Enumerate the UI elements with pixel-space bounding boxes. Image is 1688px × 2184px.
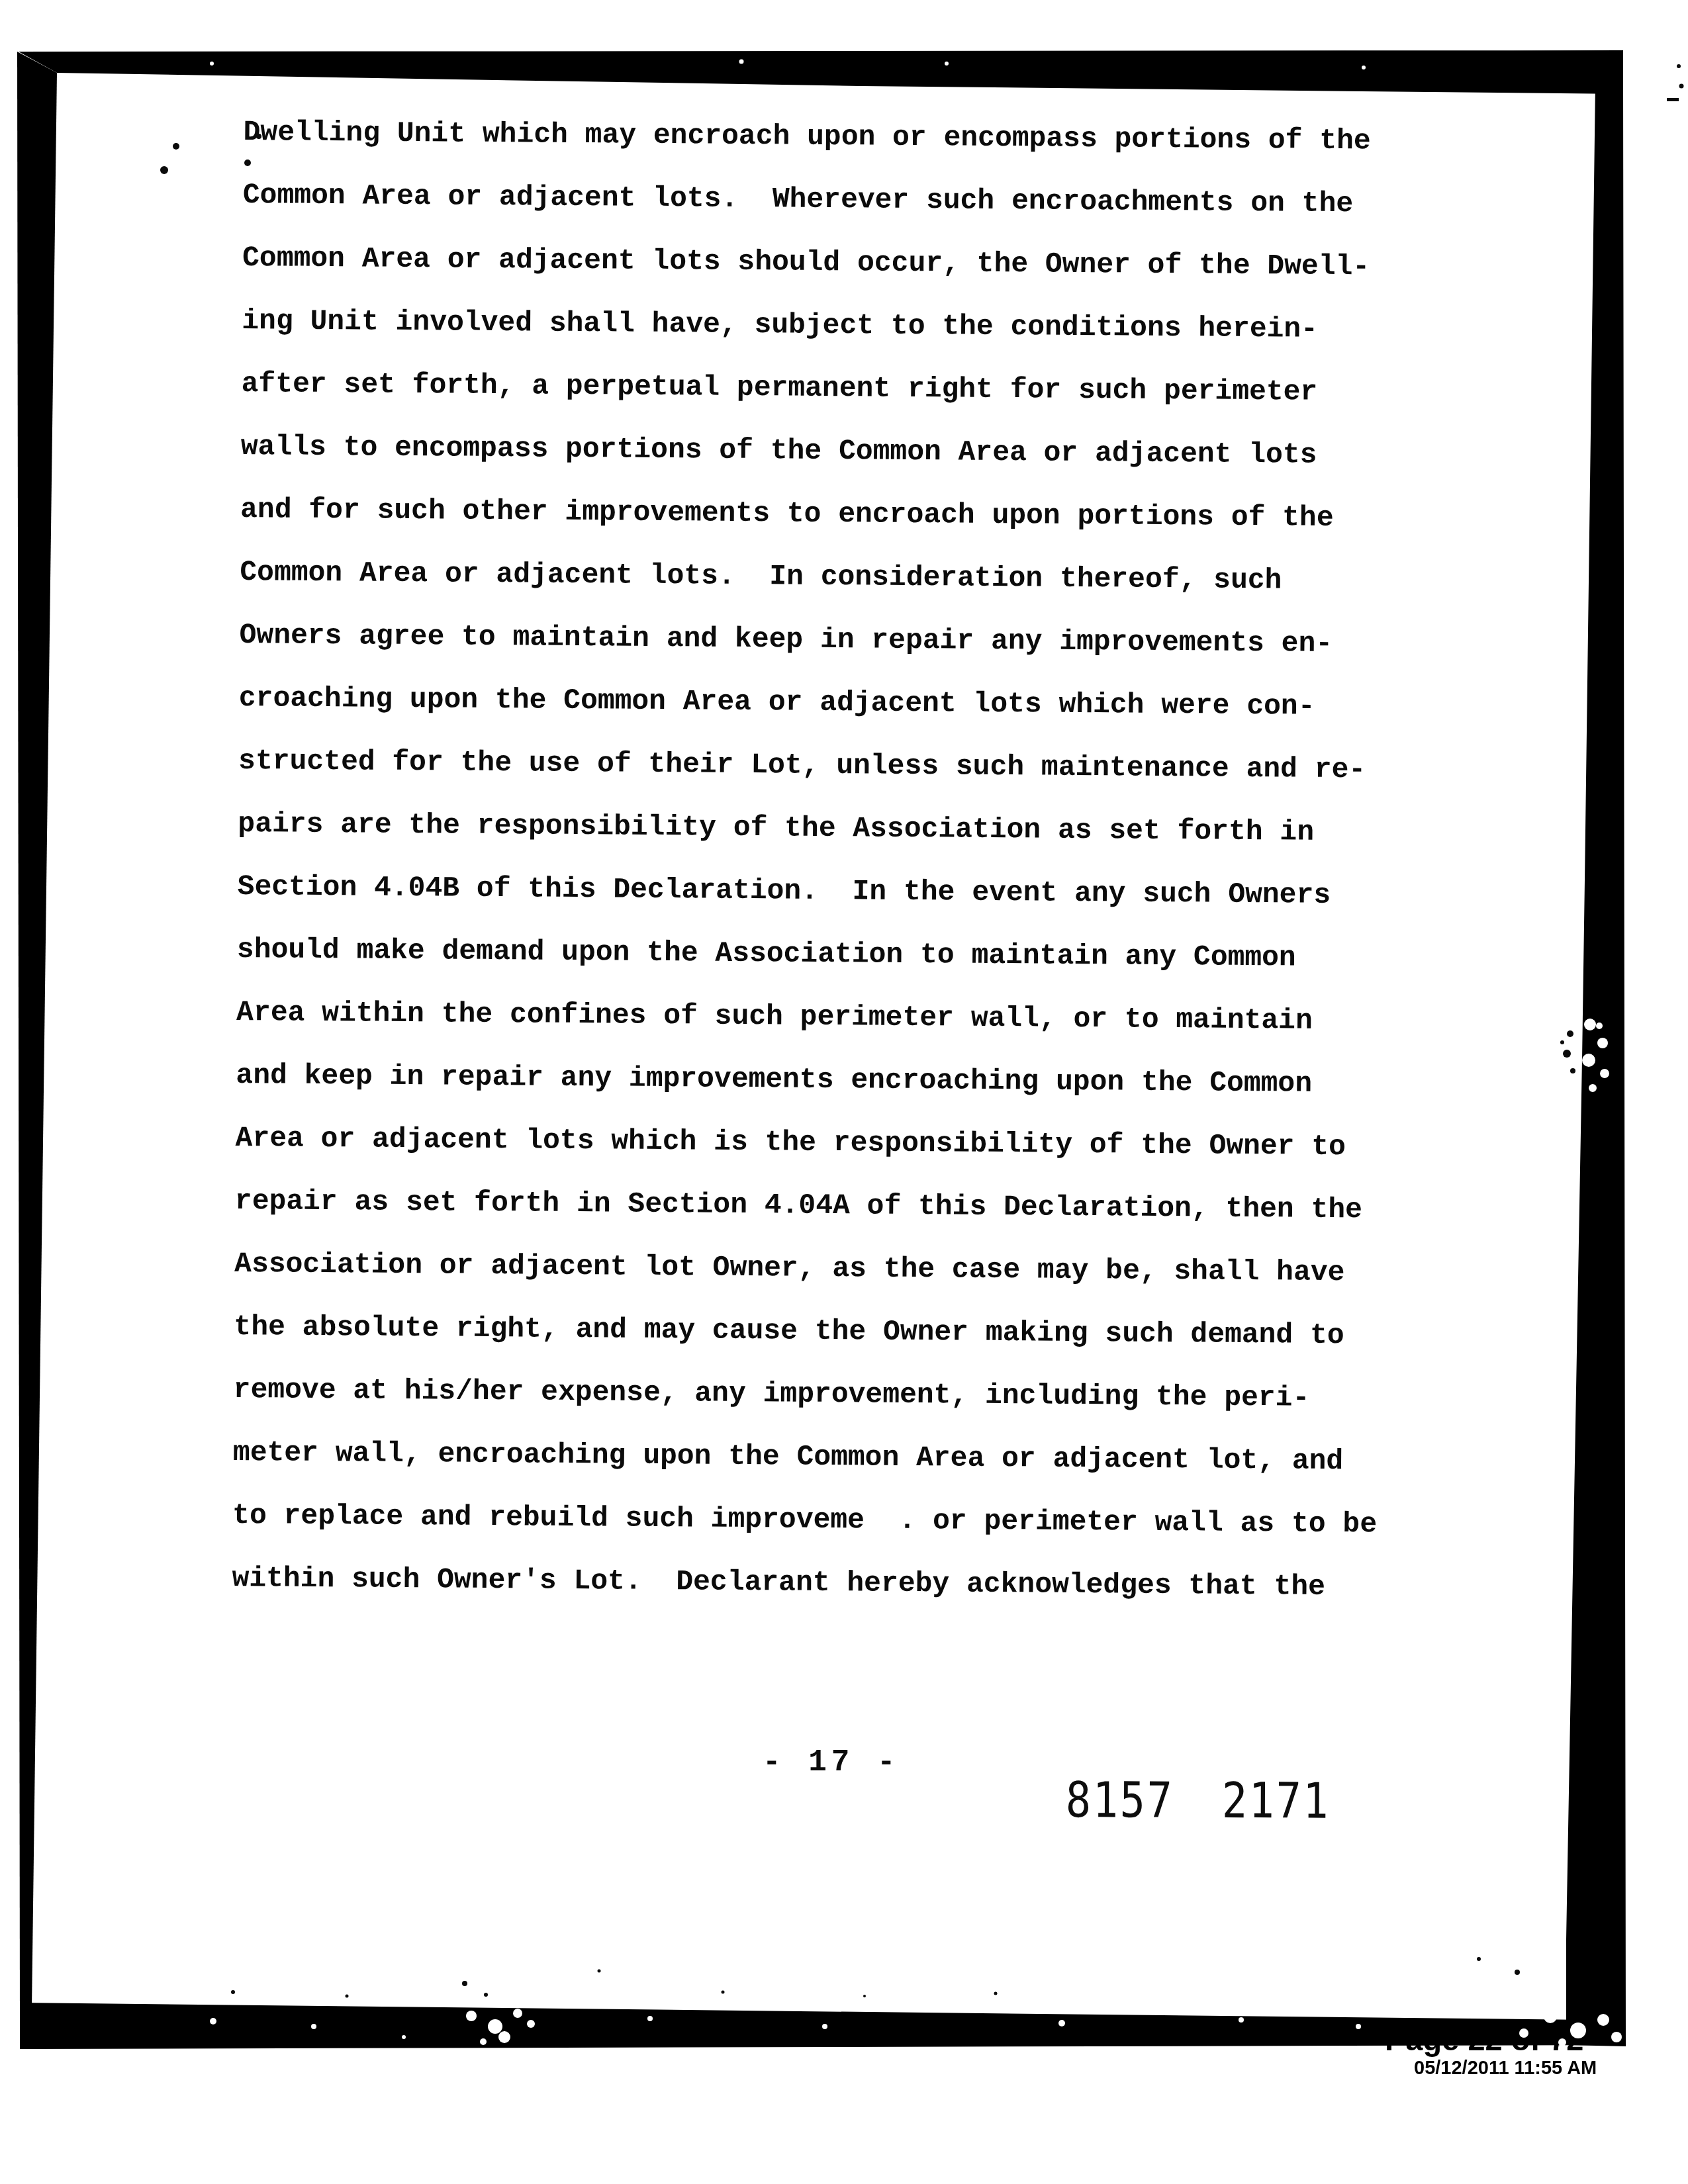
stamp-book-number: 8157 [1066, 1774, 1174, 1828]
text-line: Area or adjacent lots which is the respo… [235, 1107, 1380, 1179]
text-line: and for such other improvements to encro… [240, 478, 1385, 550]
page-number: - 17 - [763, 1745, 900, 1781]
top-bar-nicks [210, 60, 1366, 70]
text-line: within such Owner's Lot. Declarant hereb… [232, 1547, 1377, 1619]
text-line: meter wall, encroaching upon the Common … [233, 1421, 1378, 1493]
text-line: and keep in repair any improvements encr… [236, 1044, 1381, 1116]
text-line: Dwelling Unit which may encroach upon or… [243, 101, 1388, 173]
document-body-text: Dwelling Unit which may encroach upon or… [232, 101, 1388, 1619]
border-top [19, 50, 1623, 94]
border-bottom [20, 2003, 1623, 2049]
text-line: ing Unit involved shall have, subject to… [242, 289, 1387, 361]
text-line: walls to encompass portions of the Commo… [241, 415, 1386, 487]
text-line: Common Area or adjacent lots. Wherever s… [243, 163, 1388, 236]
text-line: Owners agree to maintain and keep in rep… [239, 604, 1384, 676]
text-line: after set forth, a perpetual permanent r… [241, 352, 1386, 424]
footer-timestamp: 05/12/2011 11:55 AM [1414, 2058, 1597, 2079]
text-line: structed for the use of their Lot, unles… [238, 729, 1383, 801]
text-line: the absolute right, and may cause the Ow… [234, 1295, 1379, 1367]
text-line: to replace and rebuild such improveme . … [232, 1484, 1378, 1556]
text-line: should make demand upon the Association … [237, 918, 1382, 990]
text-line: Common Area or adjacent lots. In conside… [240, 541, 1385, 613]
border-left [17, 52, 57, 2012]
border-right [1566, 79, 1626, 2046]
text-line: pairs are the responsibility of the Asso… [238, 792, 1383, 864]
text-line: croaching upon the Common Area or adjace… [239, 666, 1384, 739]
text-line: remove at his/her expense, any improveme… [233, 1358, 1378, 1430]
recorder-stamp-number: 8157 2171 [1066, 1774, 1331, 1829]
text-line: Area within the confines of such perimet… [236, 981, 1382, 1053]
text-line: Association or adjacent lot Owner, as th… [234, 1232, 1380, 1304]
text-line: repair as set forth in Section 4.04A of … [235, 1169, 1380, 1242]
text-line: Section 4.04B of this Declaration. In th… [237, 855, 1382, 927]
footer-page-label: Page 22 of 72 [1385, 2023, 1583, 2057]
text-line: Common Area or adjacent lots should occu… [242, 226, 1387, 298]
right-border-stain [1560, 1019, 1609, 1092]
scanned-document-page: Dwelling Unit which may encroach upon or… [0, 0, 1688, 2184]
stamp-page-number: 2171 [1222, 1774, 1331, 1829]
margin-specks [1667, 64, 1684, 101]
